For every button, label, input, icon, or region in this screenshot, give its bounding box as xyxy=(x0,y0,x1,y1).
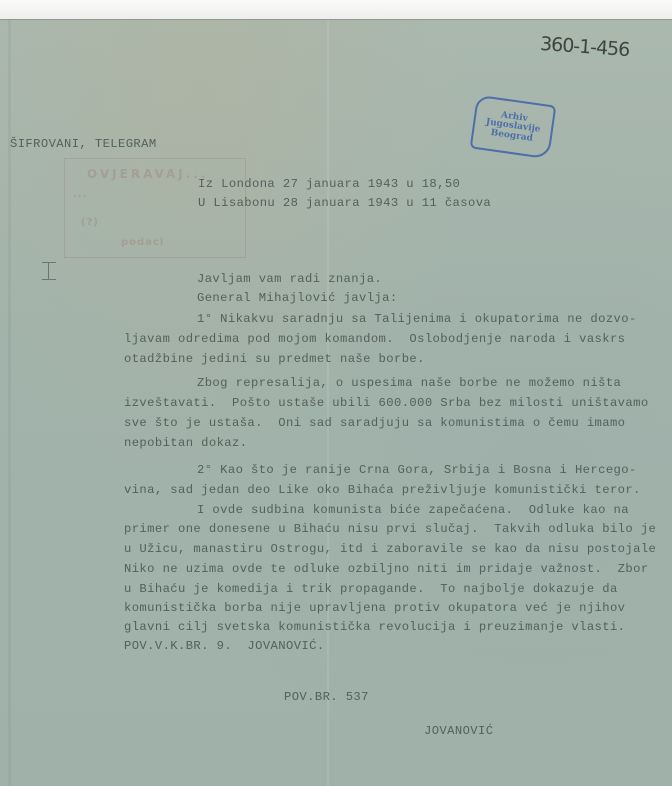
body-line: u Bihaću je komedija i trik propagande. … xyxy=(124,583,618,595)
scan-background-top xyxy=(0,0,672,20)
body-line: vina, sad jedan deo Like oko Bihaća prež… xyxy=(124,484,641,496)
faded-stamp-line: podaci xyxy=(121,237,164,248)
body-line: Javljam vam radi znanja. xyxy=(197,273,382,285)
body-line: glavni cilj svetska komunistička revoluc… xyxy=(124,621,625,633)
body-line: komunistička borba nije upravljena proti… xyxy=(124,602,625,614)
archive-stamp: Arhiv Jugoslavije Beograd xyxy=(470,95,557,160)
body-line: I ovde sudbina komunista biće zapečaćena… xyxy=(197,504,629,516)
body-line: POV.V.K.BR. 9. JOVANOVIĆ. xyxy=(124,640,325,652)
body-line: primer one donesene u Bihaću nisu prvi s… xyxy=(124,523,656,535)
body-line: nepobitan dokaz. xyxy=(124,437,247,449)
received-line: U Lisabonu 28 januara 1943 u 11 časova xyxy=(198,197,491,209)
body-line: 2° Kao što je ranije Crna Gora, Srbija i… xyxy=(197,464,637,476)
footer-reference: POV.BR. 537 xyxy=(284,691,369,703)
body-line: Niko ne uzima ovde te odluke ozbiljno ni… xyxy=(124,563,649,575)
body-line: u Užicu, manastiru Ostrogu, itd i zabora… xyxy=(124,543,656,555)
body-line: otadžbine jedini su predmet naše borbe. xyxy=(124,353,425,365)
faded-stamp-line: (?) xyxy=(81,217,99,228)
body-line: Zbog represalija, o uspesima naše borbe … xyxy=(197,377,621,389)
body-line: sve što je ustaša. Oni sad saradjuju sa … xyxy=(124,417,625,429)
faded-stamp-line: OVJERAVAJ... xyxy=(87,167,208,181)
signature: JOVANOVIĆ xyxy=(424,725,493,737)
body-line: General Mihajlović javlja: xyxy=(197,292,398,304)
body-line: ljavam odredima pod mojom komandom. Oslo… xyxy=(124,333,625,345)
faded-stamp-line: ... xyxy=(73,189,87,200)
paper-edge xyxy=(8,20,11,786)
margin-mark xyxy=(42,262,56,280)
body-line: izveštavati. Pošto ustaše ubili 600.000 … xyxy=(124,397,649,409)
document-heading: ŠIFROVANI, TELEGRAM xyxy=(10,138,157,150)
body-line: 1° Nikakvu saradnju sa Talijenima i okup… xyxy=(197,313,637,325)
origin-line: Iz Londona 27 januara 1943 u 18,50 xyxy=(198,178,460,190)
